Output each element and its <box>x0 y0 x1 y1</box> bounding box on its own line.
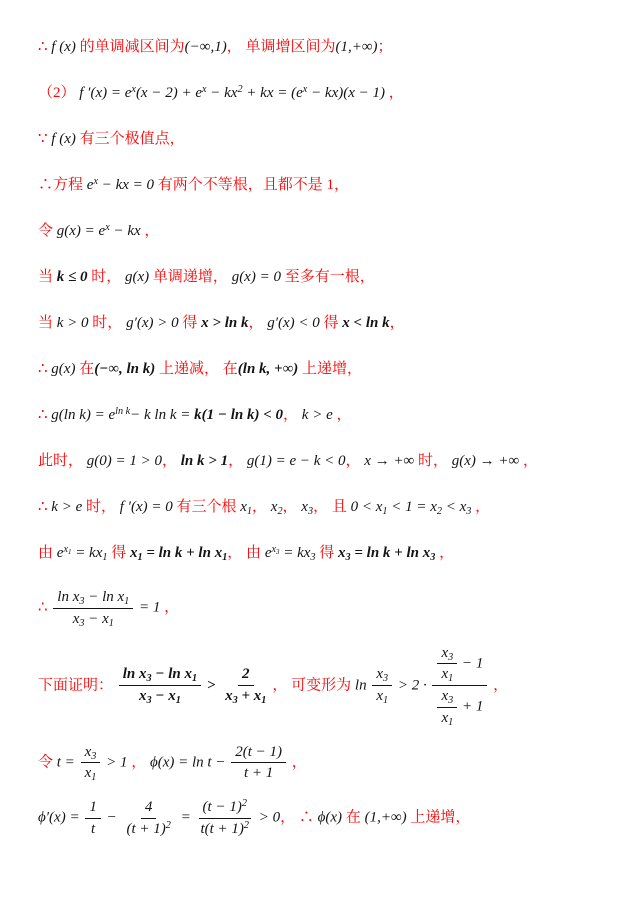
math-run: 1 <box>176 695 181 706</box>
subscript: 3 <box>448 695 453 706</box>
line-three-extrema: ∵ f (x) 有三个极值点， <box>38 128 612 150</box>
math-run: = kx <box>279 545 310 561</box>
line-slope-equals-one: ∴ ln x3 − ln x1x3 − x1 = 1 ， <box>38 588 612 629</box>
cn-text-run: ∴ <box>38 39 51 55</box>
math-run: + x <box>238 688 262 704</box>
fraction-numerator: 1 <box>85 798 101 819</box>
math-run: + 1 <box>458 699 483 715</box>
math-run: (ln k, +∞) <box>238 361 299 377</box>
fraction-denominator: t <box>87 819 99 839</box>
superscript: ln k <box>115 406 130 417</box>
math-run: > <box>203 677 219 693</box>
cn-text-run: 得 <box>320 315 343 331</box>
math-solution-content: ∴ f (x) 的单调减区间为(−∞,1)， 单调增区间为(1,+∞)；（2） … <box>38 36 612 839</box>
math-run: − kx)(x − 1) <box>307 85 385 101</box>
math-run: x <box>301 499 308 515</box>
cn-text-run: 时， <box>88 269 126 285</box>
cn-text-run: 的单调减区间为 <box>76 39 185 55</box>
math-run: − 1 <box>458 655 483 671</box>
cn-text-run: ， <box>489 677 508 693</box>
fraction: 2(t − 1)t + 1 <box>231 743 286 784</box>
math-run: 2 <box>166 820 171 831</box>
math-run: = kx <box>71 545 102 561</box>
subscript: 3 <box>91 751 96 762</box>
math-run: 1 <box>448 717 453 728</box>
cn-text-run: ， <box>471 499 490 515</box>
cn-text-run: 有三个根 <box>173 499 241 515</box>
math-run: ln k <box>115 406 130 417</box>
math-run: 4 <box>145 799 153 815</box>
math-run: (t + 1) <box>126 821 165 837</box>
subscript: 1 <box>383 695 388 706</box>
math-run: (t − 1) <box>203 799 242 815</box>
math-run: 1 <box>261 695 266 706</box>
cn-text-run: ， <box>160 600 179 616</box>
fraction: (t − 1)2t(t + 1)2 <box>196 798 253 839</box>
cn-text-run: ， <box>283 407 302 423</box>
cn-text-run: 令 <box>38 754 57 770</box>
line-define-g: 令 g(x) = ex − kx ， <box>38 220 612 242</box>
fraction-numerator: ln x3 − ln x1 <box>119 665 201 686</box>
fraction-denominator: t + 1 <box>240 763 277 783</box>
cn-text-run: 由 <box>38 545 57 561</box>
math-run: 3 <box>383 673 388 684</box>
math-run: g(x) = e <box>57 223 105 239</box>
math-run: g(ln k) = e <box>51 407 115 423</box>
cn-text-run: 至多有一根， <box>281 269 375 285</box>
math-run: − ln x <box>152 666 192 682</box>
math-run: 3 <box>91 751 96 762</box>
line-part2-derivative: （2） f ′(x) = ex(x − 2) + ex − kx2 + kx =… <box>38 82 612 104</box>
math-run: f ′(x) = e <box>79 85 131 101</box>
cn-text-run: ∴方程 <box>38 177 87 193</box>
fraction-numerator: ln x3 − ln x1 <box>53 588 133 609</box>
math-run: ϕ(x) <box>318 810 342 826</box>
cn-text-run: 得 <box>316 545 339 561</box>
fraction-numerator: x3x1 − 1 <box>432 644 487 687</box>
math-run: (−∞, ln k) <box>94 361 155 377</box>
math-run: x > ln k <box>201 315 248 331</box>
math-run: 2(t − 1) <box>235 744 282 760</box>
math-run: (1,+∞) <box>365 810 407 826</box>
math-run: = ln k + ln x <box>351 545 431 561</box>
math-run: > 1 <box>102 754 127 770</box>
cn-text-run: ∵ <box>38 131 51 147</box>
line-to-prove: 下面证明： ln x3 − ln x1x3 − x1 > 2x3 + x1， 可… <box>38 644 612 728</box>
fraction-numerator: 2 <box>238 665 254 686</box>
math-run: 1 <box>89 799 97 815</box>
fraction-numerator: x3 <box>372 665 392 686</box>
math-run: (x − 2) + e <box>136 85 202 101</box>
cn-text-run: ∴ <box>38 361 51 377</box>
subscript: 1 <box>448 717 453 728</box>
math-run: (1,+∞) <box>335 39 377 55</box>
fraction-numerator: x3 <box>437 644 457 665</box>
math-run: = ln k + ln x <box>143 545 223 561</box>
math-run: f ′(x) = 0 <box>120 499 173 515</box>
math-run: 2 <box>242 798 247 809</box>
cn-text-run: 得 <box>107 545 130 561</box>
cn-text-run: ； <box>378 39 393 55</box>
subscript: 1 <box>91 772 96 783</box>
math-run: 2 <box>242 666 250 682</box>
cn-text-run: 得 <box>179 315 202 331</box>
fraction-denominator: (t + 1)2 <box>122 819 174 839</box>
fraction: ln x3 − ln x1x3 − x1 <box>119 665 201 706</box>
fraction: x3x1 <box>437 644 457 685</box>
cn-text-run: 下面证明： <box>38 677 117 693</box>
subscript: 1 <box>192 673 197 684</box>
math-run: g(0) = 1 > 0 <box>87 453 162 469</box>
line-phi-derivative: ϕ′(x) = 1t − 4(t + 1)2 = (t − 1)2t(t + 1… <box>38 798 612 839</box>
cn-text-run: ， <box>162 453 181 469</box>
math-run: x <box>338 545 346 561</box>
math-run: − x <box>152 688 176 704</box>
cn-text-run: ， <box>519 453 538 469</box>
math-run: < 1 = x <box>387 499 436 515</box>
math-run: − x <box>84 611 108 627</box>
cn-text-run: ∴ <box>38 499 51 515</box>
cn-text-run: ∴ <box>38 407 51 423</box>
fraction: 1t <box>85 798 101 839</box>
math-run: k > 0 <box>57 315 89 331</box>
cn-text-run: ， 且 <box>313 499 351 515</box>
fraction: 4(t + 1)2 <box>122 798 174 839</box>
fraction-numerator: x3 <box>81 743 101 764</box>
math-run: 1 <box>124 596 129 607</box>
fraction: 2x3 + x1 <box>221 665 270 706</box>
subscript: 1 <box>109 618 114 629</box>
superscript: 2 <box>166 820 171 831</box>
math-run: t + 1 <box>244 765 273 781</box>
math-run: f (x) <box>51 131 76 147</box>
math-run: g(x) <box>125 269 149 285</box>
math-run: g′(x) > 0 <box>126 315 179 331</box>
cn-text-run: 有两个不等根，且都不是 1， <box>154 177 349 193</box>
math-run: t <box>91 821 95 837</box>
cn-text-run: ， <box>288 754 307 770</box>
cn-text-run: 当 <box>38 315 57 331</box>
math-run: t(t + 1) <box>200 821 243 837</box>
subscript: 3 <box>383 673 388 684</box>
cn-text-run: 当 <box>38 269 57 285</box>
superscript: 2 <box>242 798 247 809</box>
cn-text-run: 上递增， <box>407 810 471 826</box>
math-run: ϕ′(x) = <box>38 810 83 826</box>
math-run: k(1 − ln k) < 0 <box>194 407 283 423</box>
cn-text-run: 有三个极值点， <box>76 131 185 147</box>
cn-text-run: 此时， <box>38 453 87 469</box>
cn-text-run: 时， <box>414 453 452 469</box>
cn-text-run: ， <box>141 223 160 239</box>
cn-text-run: 时， <box>89 315 127 331</box>
fraction-numerator: x3 <box>437 687 457 708</box>
math-run: > 2 · <box>394 677 430 693</box>
math-run: k > e <box>302 407 333 423</box>
math-run: ln <box>355 677 370 693</box>
fraction-numerator: 4 <box>141 798 157 819</box>
cn-text-run: 时， <box>82 499 120 515</box>
math-run: 1 <box>448 673 453 684</box>
math-run: ϕ(x) = ln t − <box>150 754 229 770</box>
math-run: g(x) = 0 <box>232 269 281 285</box>
fraction-denominator: x3x1 + 1 <box>432 686 487 728</box>
line-log-relations: 由 ex1 = kx1 得 x1 = ln k + ln x1， 由 ex3 =… <box>38 542 612 564</box>
math-run: 0 < x <box>351 499 383 515</box>
cn-text-run: ∴ <box>38 600 51 616</box>
math-run: g(x) → +∞ <box>452 453 519 469</box>
line-k-nonpositive: 当 k ≤ 0 时， g(x) 单调递增， g(x) = 0 至多有一根， <box>38 266 612 288</box>
math-run: x <box>139 688 147 704</box>
math-run: + kx = (e <box>243 85 303 101</box>
fraction: x3x1 <box>372 665 392 706</box>
superscript: 2 <box>244 820 249 831</box>
fraction-denominator: x1 <box>81 763 101 783</box>
math-run: − ln x <box>84 589 124 605</box>
line-k-positive: 当 k > 0 时， g′(x) > 0 得 x > ln k， g′(x) <… <box>38 312 612 334</box>
document-page: ∴ f (x) 的单调减区间为(−∞,1)， 单调增区间为(1,+∞)；（2） … <box>0 0 642 839</box>
cn-text-run: 在 <box>342 810 365 826</box>
fraction-numerator: 2(t − 1) <box>231 743 286 764</box>
cn-text-run: ， <box>127 754 150 770</box>
cn-text-run: （2） <box>38 85 79 101</box>
math-run: k > e <box>51 499 82 515</box>
math-run: x → +∞ <box>364 453 414 469</box>
line-equation-two-roots: ∴方程 ex − kx = 0 有两个不等根，且都不是 1， <box>38 174 612 196</box>
math-run: 3 <box>448 652 453 663</box>
fraction-denominator: x3 − x1 <box>69 609 118 629</box>
fraction: x3x1 <box>81 743 101 784</box>
fraction-denominator: t(t + 1)2 <box>196 819 253 839</box>
math-run: 1 <box>91 772 96 783</box>
fraction: x3x1 <box>437 687 457 728</box>
line-monotonic-intervals: ∴ f (x) 的单调减区间为(−∞,1)， 单调增区间为(1,+∞)； <box>38 36 612 58</box>
subscript: 3 <box>448 652 453 663</box>
math-run: 1 <box>192 673 197 684</box>
math-run: ln x <box>57 589 79 605</box>
fraction-denominator: x1 <box>437 664 457 684</box>
math-run: 1 <box>383 695 388 706</box>
fraction-denominator: x1 <box>437 708 457 728</box>
math-run: ln k > 1 <box>181 453 228 469</box>
math-run: < x <box>442 499 466 515</box>
math-run: − kx = 0 <box>98 177 154 193</box>
fraction-denominator: x3 + x1 <box>221 686 270 706</box>
math-run: 2 <box>244 820 249 831</box>
cn-text-run: 令 <box>38 223 57 239</box>
math-run: − kx <box>110 223 141 239</box>
math-run: t = <box>57 754 79 770</box>
cn-text-run: ， <box>390 315 405 331</box>
math-run: 3 <box>448 695 453 706</box>
math-run: − kx <box>207 85 238 101</box>
cn-text-run: ， ∴ <box>280 810 318 826</box>
math-run: f (x) <box>51 39 76 55</box>
cn-text-run: ， 由 <box>227 545 265 561</box>
fraction-denominator: x3 − x1 <box>135 686 185 706</box>
math-run: − k ln k = <box>130 407 194 423</box>
math-run: ln x <box>123 666 147 682</box>
subscript: 1 <box>124 596 129 607</box>
math-run: x <box>376 666 383 682</box>
line-substitute-t: 令 t = x3x1 > 1 ， ϕ(x) = ln t − 2(t − 1)t… <box>38 743 612 784</box>
math-run: g′(x) < 0 <box>267 315 320 331</box>
line-g-monotonicity: ∴ g(x) 在(−∞, ln k) 上递减， 在(ln k, +∞) 上递增， <box>38 358 612 380</box>
math-run: − <box>103 810 121 826</box>
fraction: ln x3 − ln x1x3 − x1 <box>53 588 133 629</box>
line-g-lnk-negative: ∴ g(ln k) = eln k− k ln k = k(1 − ln k) … <box>38 404 612 426</box>
math-run: x < ln k <box>342 315 389 331</box>
cn-text-run: 在 <box>75 361 94 377</box>
math-run: g(1) = e − k < 0 <box>247 453 346 469</box>
subscript: 1 <box>448 673 453 684</box>
line-three-roots: ∴ k > e 时， f ′(x) = 0 有三个根 x1， x2， x3， 且… <box>38 496 612 518</box>
math-run: (−∞,1) <box>185 39 227 55</box>
cn-text-run: ， <box>228 453 247 469</box>
math-run: g(x) <box>51 361 75 377</box>
line-limit-behavior: 此时， g(0) = 1 > 0， ln k > 1， g(1) = e − k… <box>38 450 612 472</box>
fraction-denominator: x1 <box>372 686 392 706</box>
math-run: x <box>376 688 383 704</box>
subscript: 1 <box>176 695 181 706</box>
fraction: x3x1 − 1x3x1 + 1 <box>432 644 487 728</box>
cn-text-run: ， <box>248 315 267 331</box>
cn-text-run: ， <box>283 499 302 515</box>
cn-text-run: ， <box>333 407 352 423</box>
cn-text-run: ， 单调增区间为 <box>227 39 336 55</box>
math-run: = <box>177 810 195 826</box>
math-run: k ≤ 0 <box>57 269 88 285</box>
cn-text-run: ， <box>385 85 404 101</box>
cn-text-run: 上递增， <box>298 361 362 377</box>
math-run: x <box>225 688 233 704</box>
subscript: 1 <box>261 695 266 706</box>
math-run: = 1 <box>135 600 160 616</box>
math-run: x <box>240 499 247 515</box>
cn-text-run: ， <box>252 499 271 515</box>
cn-text-run: 上递减， 在 <box>155 361 238 377</box>
cn-text-run: ， 可变形为 <box>272 677 355 693</box>
cn-text-run: 单调递增， <box>149 269 232 285</box>
cn-text-run: ， <box>346 453 365 469</box>
math-run: > 0 <box>255 810 280 826</box>
math-run: 1 <box>109 618 114 629</box>
cn-text-run: ， <box>435 545 454 561</box>
fraction-numerator: (t − 1)2 <box>199 798 251 819</box>
